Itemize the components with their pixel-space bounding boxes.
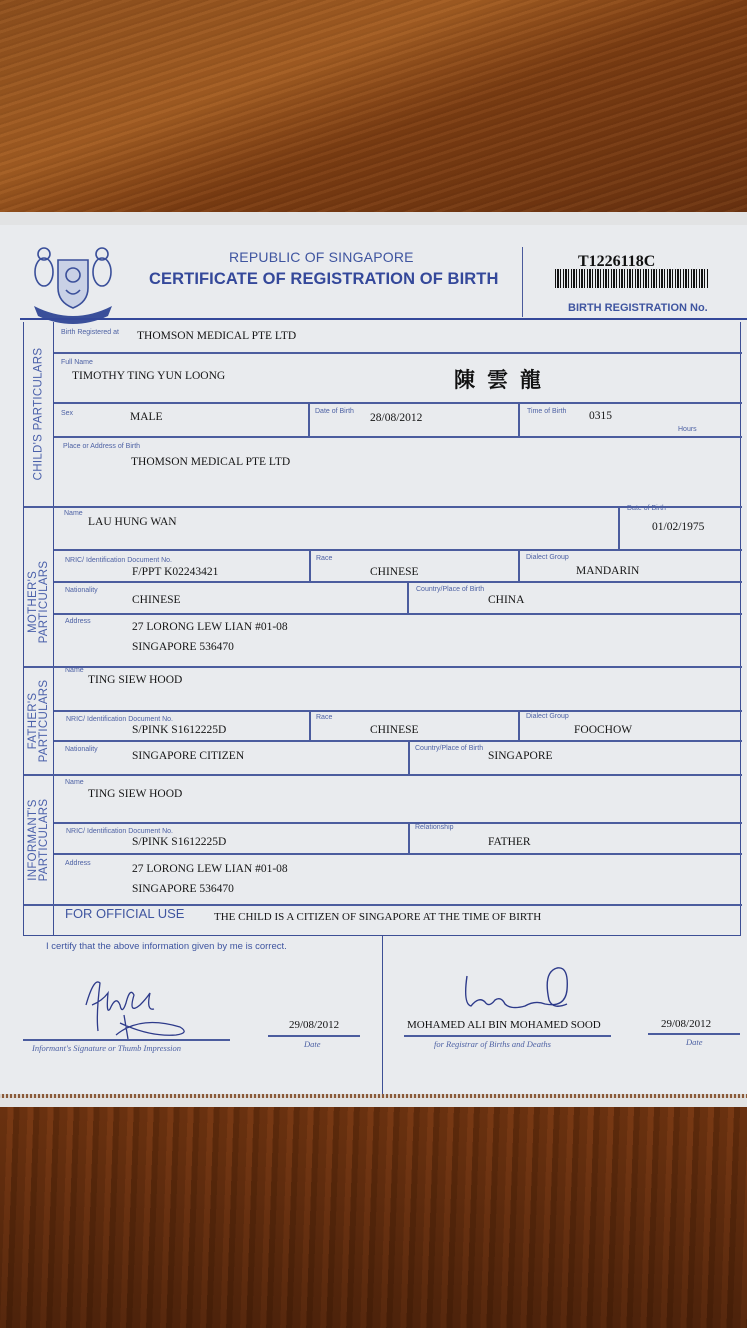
informant-date-line [268, 1035, 360, 1037]
informant-name-label: Name [65, 779, 84, 786]
informant-signature-caption: Informant's Signature or Thumb Impressio… [32, 1043, 181, 1053]
mother-id-label: NRIC/ Identification Document No. [65, 557, 172, 564]
barcode-icon [555, 269, 708, 288]
sex-label: Sex [61, 410, 73, 417]
informant-relationship: FATHER [488, 836, 531, 848]
divider [618, 506, 620, 550]
child-sex: MALE [130, 411, 163, 423]
child-chinese-name: 陳雲龍 [454, 364, 553, 394]
father-nationality: SINGAPORE CITIZEN [132, 750, 244, 762]
header-rule [20, 318, 747, 320]
mother-dob-label: Date of Birth [627, 505, 666, 512]
divider [54, 352, 742, 354]
mother-dob: 01/02/1975 [652, 521, 704, 533]
mother-address-label: Address [65, 618, 91, 625]
divider [54, 581, 742, 583]
mother-section-tab: MOTHER'S PARTICULARS [24, 506, 54, 666]
relationship-label: Relationship [415, 824, 454, 831]
child-dob: 28/08/2012 [370, 412, 422, 424]
informant-id-label: NRIC/ Identification Document No. [66, 828, 173, 835]
father-country: SINGAPORE [488, 750, 553, 762]
mother-dialect-label: Dialect Group [526, 554, 569, 561]
registrar-date-line [648, 1033, 740, 1035]
informant-address-line1: 27 LORONG LEW LIAN #01-08 [132, 863, 288, 875]
child-section-label: CHILD'S PARTICULARS [33, 348, 44, 481]
divider [309, 549, 311, 582]
divider [24, 666, 742, 668]
informant-section-tab: INFORMANT'S PARTICULARS [24, 774, 54, 904]
mother-nationality: CHINESE [132, 594, 181, 606]
divider [54, 436, 742, 438]
mother-country-label: Country/Place of Birth [416, 586, 484, 593]
dob-label: Date of Birth [315, 408, 354, 415]
divider [408, 740, 410, 774]
father-section-label: FATHER'S PARTICULARS [28, 679, 50, 762]
father-name: TING SIEW HOOD [88, 674, 182, 686]
informant-name: TING SIEW HOOD [88, 788, 182, 800]
father-race: CHINESE [370, 724, 419, 736]
divider [54, 710, 742, 712]
child-section-tab: CHILD'S PARTICULARS [24, 322, 54, 506]
informant-signature-line [23, 1039, 230, 1041]
divider [309, 710, 311, 740]
singapore-coat-of-arms-icon [28, 242, 118, 324]
mother-name: LAU HUNG WAN [88, 516, 177, 528]
father-section-tab: FATHER'S PARTICULARS [24, 666, 54, 774]
divider [54, 613, 742, 615]
divider [54, 740, 742, 742]
divider [24, 774, 742, 776]
full-name-label: Full Name [61, 359, 93, 366]
certificate-title: CERTIFICATE OF REGISTRATION OF BIRTH [149, 270, 498, 289]
registration-number-label: BIRTH REGISTRATION No. [568, 302, 708, 314]
wooden-table-background [0, 1098, 747, 1328]
certification-statement: I certify that the above information giv… [46, 941, 287, 952]
time-of-birth-label: Time of Birth [527, 408, 566, 415]
birth-registered-at-label: Birth Registered at [61, 329, 119, 336]
divider [54, 853, 742, 855]
father-name-label: Name [65, 667, 84, 674]
birth-registered-at-value: THOMSON MEDICAL PTE LTD [137, 330, 296, 342]
mother-country: CHINA [488, 594, 524, 606]
registrar-signature [455, 960, 580, 1020]
particulars-form: CHILD'S PARTICULARS MOTHER'S PARTICULARS… [23, 322, 741, 936]
wooden-table-background [0, 0, 747, 225]
informant-address-label: Address [65, 860, 91, 867]
registrar-signature-line [404, 1035, 611, 1037]
father-id-label: NRIC/ Identification Document No. [66, 716, 173, 723]
republic-heading: REPUBLIC OF SINGAPORE [229, 249, 414, 265]
child-full-name: TIMOTHY TING YUN LOONG [72, 370, 225, 382]
father-country-label: Country/Place of Birth [415, 745, 483, 752]
official-use-text: THE CHILD IS A CITIZEN OF SINGAPORE AT T… [214, 911, 541, 923]
registrar-date: 29/08/2012 [661, 1018, 711, 1030]
father-nationality-label: Nationality [65, 746, 98, 753]
place-of-birth-label: Place or Address of Birth [63, 443, 140, 450]
father-dialect-label: Dialect Group [526, 713, 569, 720]
divider [54, 402, 742, 404]
informant-date-caption: Date [304, 1039, 321, 1049]
official-use-label: FOR OFFICIAL USE [65, 906, 184, 921]
mother-race-label: Race [316, 555, 332, 562]
divider [308, 402, 310, 438]
registrar-date-caption: Date [686, 1037, 703, 1047]
perforated-edge [0, 1094, 747, 1098]
official-section-tab [24, 904, 54, 936]
header-divider [522, 247, 523, 317]
child-time-of-birth: 0315 [589, 410, 612, 422]
mother-address-line2: SINGAPORE 536470 [132, 641, 234, 653]
divider [518, 710, 520, 740]
father-dialect: FOOCHOW [574, 724, 632, 736]
divider [518, 549, 520, 582]
mother-address-line1: 27 LORONG LEW LIAN #01-08 [132, 621, 288, 633]
footer-divider [382, 936, 383, 1096]
mother-nationality-label: Nationality [65, 587, 98, 594]
informant-address-line2: SINGAPORE 536470 [132, 883, 234, 895]
informant-signature [80, 975, 200, 1045]
informant-date: 29/08/2012 [289, 1019, 339, 1031]
mother-id: F/PPT K02243421 [132, 566, 218, 578]
informant-id: S/PINK S1612225D [132, 836, 226, 848]
hours-label: Hours [678, 426, 697, 433]
divider [54, 822, 742, 824]
registrar-name: MOHAMED ALI BIN MOHAMED SOOD [407, 1019, 601, 1031]
mother-race: CHINESE [370, 566, 419, 578]
informant-section-label: INFORMANT'S PARTICULARS [28, 798, 50, 881]
mother-dialect: MANDARIN [576, 565, 639, 577]
father-race-label: Race [316, 714, 332, 721]
mother-section-label: MOTHER'S PARTICULARS [28, 561, 50, 644]
father-id: S/PINK S1612225D [132, 724, 226, 736]
registrar-caption: for Registrar of Births and Deaths [434, 1039, 551, 1049]
child-place-of-birth: THOMSON MEDICAL PTE LTD [131, 456, 290, 468]
divider [408, 822, 410, 854]
divider [518, 402, 520, 438]
divider [54, 549, 742, 551]
mother-name-label: Name [64, 510, 83, 517]
divider [407, 581, 409, 614]
